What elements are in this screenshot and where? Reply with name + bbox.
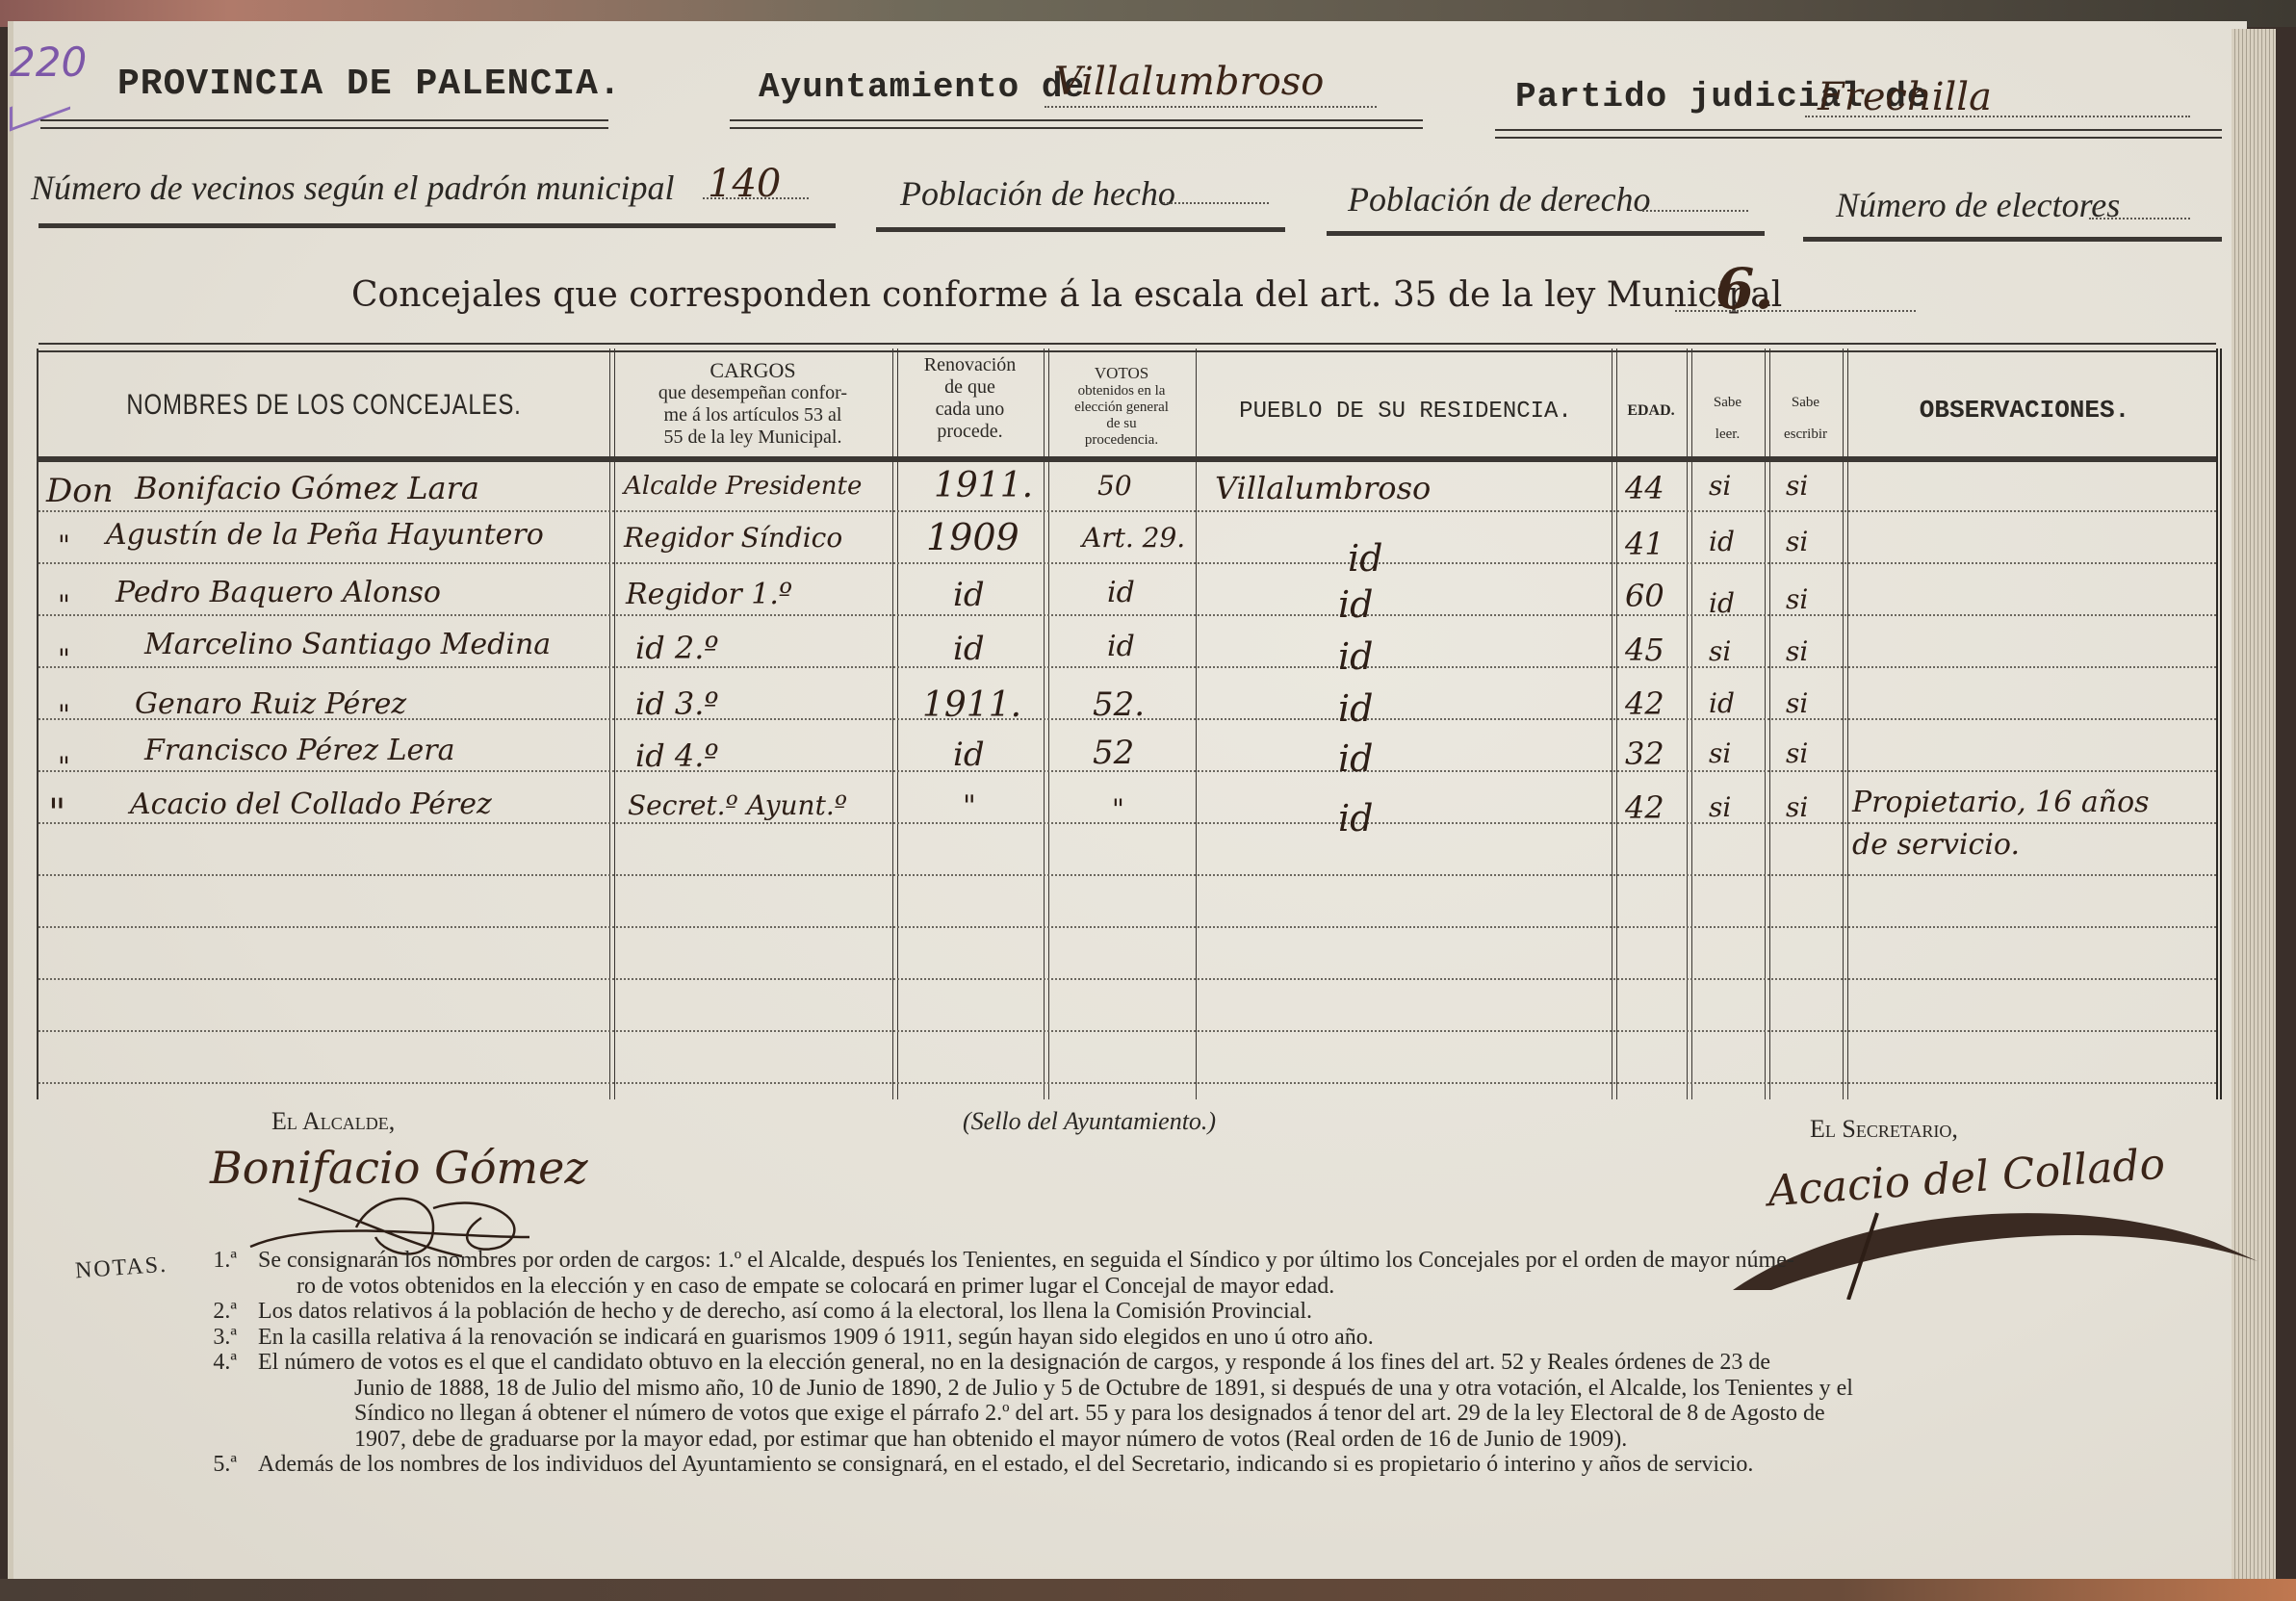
cell-nombre[interactable]: Francisco Pérez Lera	[144, 734, 455, 767]
archive-stamp-number: 220	[10, 39, 87, 86]
header-rule	[730, 119, 1423, 129]
cell-observaciones[interactable]: Propietario, 16 años de servicio.	[1852, 782, 2180, 866]
col-divider	[1612, 349, 1617, 1099]
row-prefix: "	[58, 643, 70, 675]
cell-escribir[interactable]: si	[1786, 635, 1808, 667]
cell-votos[interactable]: 50	[1097, 470, 1132, 502]
cell-edad[interactable]: 44	[1625, 470, 1664, 506]
note-text: Junio de 1888, 18 de Julio del mismo año…	[171, 1376, 2222, 1402]
header-escribir-line: escribir	[1768, 419, 1843, 451]
col-divider	[1765, 349, 1770, 1099]
cell-nombre[interactable]: Agustín de la Peña Hayuntero	[106, 518, 544, 552]
cell-cargo[interactable]: id 3.º	[635, 685, 718, 722]
header-renovacion-line: procede.	[896, 421, 1044, 443]
table-top-rule	[39, 343, 2216, 352]
hecho-field[interactable]	[1163, 202, 1269, 204]
notes-section: NOTAS. 1.ª Se consignarán los nombres po…	[75, 1248, 2222, 1478]
electores-field[interactable]	[2089, 218, 2190, 219]
cell-pueblo[interactable]: id	[1338, 687, 1373, 730]
population-rule	[1327, 231, 1765, 236]
vecinos-label: Número de vecinos según el padrón munici…	[31, 168, 675, 208]
cell-leer[interactable]: si	[1709, 737, 1731, 769]
page-stack-edge	[2232, 29, 2276, 1579]
note-number: 3.ª	[171, 1325, 258, 1351]
cell-edad[interactable]: 42	[1625, 685, 1664, 722]
row-prefix: "	[58, 529, 70, 561]
cell-renovacion[interactable]: id	[953, 736, 985, 774]
cell-escribir[interactable]: si	[1786, 583, 1808, 615]
cell-renovacion[interactable]: 1909	[926, 516, 1019, 558]
header-leer-line: Sabe	[1690, 387, 1765, 419]
cell-edad[interactable]: 45	[1625, 632, 1664, 668]
note-text: 1907, debe de graduarse por la mayor eda…	[171, 1427, 2222, 1453]
cell-cargo[interactable]: id 2.º	[635, 630, 718, 666]
cell-leer[interactable]: id	[1709, 526, 1735, 557]
header-leer-line: leer.	[1690, 419, 1765, 451]
cell-votos[interactable]: 52.	[1093, 685, 1145, 724]
cell-leer[interactable]: si	[1709, 635, 1731, 667]
partido-dotted-line	[1805, 116, 2190, 117]
col-divider	[1687, 349, 1692, 1099]
ayuntamiento-label: Ayuntamiento de	[759, 67, 1085, 107]
row-prefix: "	[58, 699, 70, 731]
header-votos: VOTOS obtenidos en la elección general d…	[1047, 364, 1196, 450]
note-item: 2.ª Los datos relativos á la población d…	[171, 1299, 2222, 1325]
header-sabe-escribir: Sabe escribir	[1768, 387, 1843, 451]
header-votos-line: de su	[1047, 416, 1196, 432]
cell-renovacion[interactable]: id	[953, 576, 985, 614]
cell-renovacion[interactable]: id	[953, 630, 985, 668]
row-prefix: "	[58, 589, 70, 621]
cell-edad[interactable]: 41	[1625, 526, 1664, 562]
header-rule	[1495, 129, 2222, 139]
cell-votos[interactable]: Art. 29.	[1082, 522, 1185, 554]
cell-nombre[interactable]: Pedro Baquero Alonso	[116, 576, 441, 609]
electores-label: Número de electores	[1836, 185, 2120, 225]
header-votos-line: obtenidos en la	[1047, 383, 1196, 400]
row-prefix: "	[48, 791, 65, 836]
header-cargos-line: 55 de la ley Municipal.	[613, 426, 892, 449]
header-renovacion: Renovación de que cada uno procede.	[896, 354, 1044, 443]
cell-renovacion[interactable]: "	[963, 789, 976, 823]
cell-nombre[interactable]: Genaro Ruiz Pérez	[135, 687, 406, 721]
secretario-label: El Secretario,	[1810, 1115, 1958, 1144]
cell-edad[interactable]: 32	[1625, 736, 1664, 772]
header-renovacion-line: cada uno	[896, 399, 1044, 421]
header-observaciones: OBSERVACIONES.	[1846, 397, 2203, 426]
cell-leer[interactable]: id	[1709, 687, 1735, 719]
vecinos-value[interactable]: 140	[708, 162, 781, 206]
cell-edad[interactable]: 60	[1625, 578, 1664, 614]
book-bottom-edge	[0, 1579, 2296, 1601]
note-number: 1.ª	[171, 1248, 258, 1274]
note-number: 4.ª	[171, 1350, 258, 1376]
note-number: 5.ª	[171, 1452, 258, 1478]
cell-cargo[interactable]: Secret.º Ayunt.º	[628, 789, 847, 821]
cell-pueblo[interactable]: id	[1338, 583, 1373, 626]
cell-cargo[interactable]: Regidor 1.º	[626, 578, 792, 611]
sello-label: (Sello del Ayuntamiento.)	[963, 1107, 1216, 1136]
header-cargos-title: CARGOS	[613, 358, 892, 382]
header-renovacion-line: Renovación	[896, 354, 1044, 376]
col-divider	[1044, 349, 1049, 1099]
note-text: El número de votos es el que el candidat…	[258, 1350, 2222, 1376]
cell-cargo[interactable]: id 4.º	[635, 737, 718, 774]
population-rule	[1803, 237, 2222, 242]
header-edad: EDAD.	[1615, 402, 1687, 420]
cell-pueblo[interactable]: id	[1348, 537, 1382, 580]
partido-value[interactable]: Frechilla	[1818, 75, 1992, 119]
concejales-label: Concejales que corresponden conforme á l…	[351, 275, 1782, 315]
cell-renovacion[interactable]: 1911.	[934, 466, 1033, 505]
ayuntamiento-dotted-line	[1045, 106, 1377, 108]
cell-edad[interactable]: 42	[1625, 789, 1664, 826]
header-votos-title: VOTOS	[1047, 364, 1196, 383]
row-prefix: Don	[46, 472, 114, 510]
population-rule	[39, 223, 836, 228]
cell-pueblo[interactable]: Villalumbroso	[1215, 470, 1431, 506]
header-renovacion-line: de que	[896, 376, 1044, 399]
province-title: PROVINCIA DE PALENCIA.	[117, 64, 622, 105]
cell-pueblo[interactable]: id	[1338, 797, 1373, 839]
note-item: 1.ª Se consignarán los nombres por orden…	[171, 1248, 2222, 1274]
col-divider	[609, 349, 615, 1099]
cell-votos[interactable]: "	[1112, 793, 1124, 825]
header-votos-line: procedencia.	[1047, 432, 1196, 449]
note-text: ro de votos obtenidos en la elección y e…	[171, 1274, 2222, 1300]
cell-nombre[interactable]: Bonifacio Gómez Lara	[135, 470, 479, 506]
header-pueblo: PUEBLO DE SU RESIDENCIA.	[1200, 399, 1612, 426]
header-escribir-line: Sabe	[1768, 387, 1843, 419]
cell-escribir[interactable]: si	[1786, 737, 1808, 769]
header-cargos-line: me á los artículos 53 al	[613, 404, 892, 426]
header-votos-line: elección general	[1047, 400, 1196, 416]
table-header-rule	[39, 456, 2216, 462]
header-cargos: CARGOS que desempeñan confor- me á los a…	[613, 358, 892, 449]
cell-pueblo[interactable]: id	[1338, 635, 1373, 678]
note-number: 2.ª	[171, 1299, 258, 1325]
note-item: 3.ª En la casilla relativa á la renovaci…	[171, 1325, 2222, 1351]
cell-escribir[interactable]: si	[1786, 687, 1808, 719]
note-text: Se consignarán los nombres por orden de …	[258, 1248, 2222, 1274]
cell-escribir[interactable]: si	[1786, 526, 1808, 557]
cell-nombre[interactable]: Marcelino Santiago Medina	[144, 628, 551, 661]
col-divider	[892, 349, 898, 1099]
header-rule	[40, 119, 608, 129]
population-rule	[876, 227, 1285, 232]
cell-votos[interactable]: id	[1107, 630, 1135, 663]
cell-nombre[interactable]: Acacio del Collado Pérez	[130, 788, 492, 821]
derecho-field[interactable]	[1642, 210, 1748, 212]
note-text: Síndico no llegan á obtener el número de…	[171, 1401, 2222, 1427]
row-prefix: "	[58, 751, 70, 783]
cell-escribir[interactable]: si	[1786, 470, 1808, 502]
note-item: 4.ª El número de votos es el que el cand…	[171, 1350, 2222, 1376]
header-cargos-line: que desempeñan confor-	[613, 382, 892, 404]
cell-pueblo[interactable]: id	[1338, 737, 1373, 780]
hecho-label: Población de hecho	[900, 173, 1175, 214]
cell-votos[interactable]: id	[1107, 576, 1135, 609]
header-sabe-leer: Sabe leer.	[1690, 387, 1765, 451]
cell-leer[interactable]: si	[1709, 791, 1731, 823]
cell-renovacion[interactable]: 1911.	[922, 685, 1021, 725]
note-item: 5.ª Además de los nombres de los individ…	[171, 1452, 2222, 1478]
col-divider	[1196, 349, 1197, 1099]
cell-leer[interactable]: id	[1709, 587, 1735, 619]
ayuntamiento-value[interactable]: Villalumbroso	[1054, 60, 1324, 104]
concejales-dotted-line	[1675, 310, 1916, 312]
cell-cargo[interactable]: Regidor Síndico	[624, 522, 842, 554]
alcalde-label: El Alcalde,	[271, 1107, 395, 1136]
derecho-label: Población de derecho	[1348, 179, 1651, 219]
cell-cargo[interactable]: Alcalde Presidente	[624, 472, 862, 501]
note-text: Además de los nombres de los individuos …	[258, 1452, 2222, 1478]
cell-votos[interactable]: 52	[1093, 734, 1134, 772]
note-text: En la casilla relativa á la renovación s…	[258, 1325, 2222, 1351]
cell-escribir[interactable]: si	[1786, 791, 1808, 823]
concejales-table: NOMBRES DE LOS CONCEJALES. CARGOS que de…	[37, 349, 2222, 1099]
col-divider	[1843, 349, 1848, 1099]
note-text: Los datos relativos á la población de he…	[258, 1299, 2222, 1325]
vecinos-dotted-line	[703, 197, 809, 199]
header-nombres: NOMBRES DE LOS CONCEJALES.	[95, 389, 552, 423]
cell-leer[interactable]: si	[1709, 470, 1731, 502]
